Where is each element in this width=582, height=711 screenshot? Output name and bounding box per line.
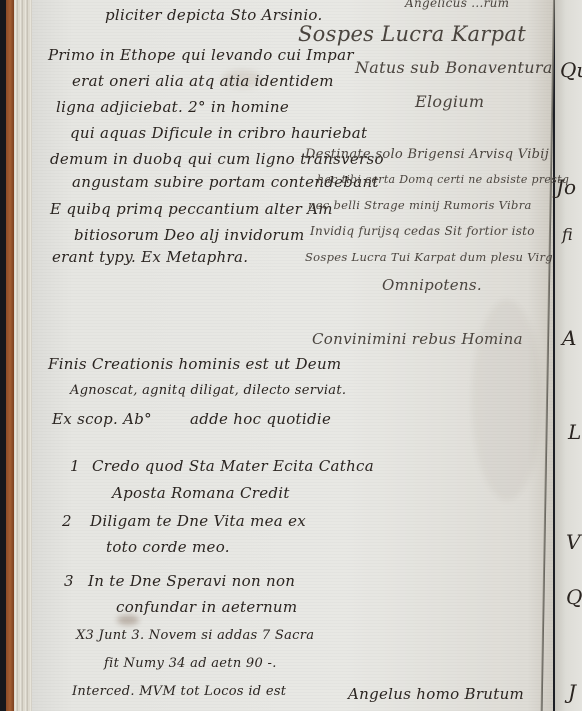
text-line: Finis Creationis hominis est ut Deum (48, 355, 341, 373)
text-line: Aposta Romana Credit (112, 484, 290, 502)
text-line: qui aquas Dificule in cribro hauriebat (70, 124, 367, 142)
ink-stain (117, 615, 139, 625)
title-line: Natus sub Bonaventura (355, 58, 553, 77)
item-number: 3 (64, 572, 74, 590)
facing-page-glyph: Jo (556, 175, 576, 199)
facing-page-glyph: Qu (560, 58, 582, 82)
poem-line: Destinate solo Brigensi Arvisq Vibij (305, 147, 549, 162)
facing-page-glyph: A (562, 326, 576, 350)
facing-page-glyph: Qu (566, 585, 582, 609)
text-line: Diligam te Dne Vita mea ex (90, 512, 306, 530)
title-line: Sospes Lucra Karpat (298, 22, 526, 46)
facing-page-glyph: L (568, 420, 581, 444)
item-number: 2 (62, 512, 72, 530)
poem-line: Invidiq furijsq cedas Sit fortior isto (310, 224, 535, 238)
text-line: In te Dne Speravi non non (88, 572, 295, 590)
title-line: Elogium (415, 92, 484, 111)
text-line: Primo in Ethope qui levando cui Impar (48, 46, 354, 64)
motto-line: Convinimini rebus Homina (312, 330, 523, 348)
poem-line: hac tibi certa Domq certi ne absiste pre… (317, 173, 569, 186)
facing-page-glyph: V (566, 530, 580, 554)
facing-page-glyph: fi (562, 225, 573, 244)
note-right: adde hoc quotidie (190, 410, 331, 428)
top-fragment: Angelicus ...rum (405, 0, 509, 10)
text-line: Agnoscat, agnitq diligat, dilecto servia… (70, 383, 346, 398)
heading-line: pliciter depicta Sto Arsinio. (105, 6, 323, 24)
text-line: toto corde meo. (106, 538, 230, 556)
text-line: Ex scop. Ab° (52, 410, 152, 428)
bottom-line: Angelus homo Brutum (348, 685, 524, 703)
text-line: Credo quod Sta Mater Ecita Cathca (92, 457, 374, 475)
text-line: fit Numy 34 ad aetn 90 -. (104, 656, 277, 671)
text-line: erant typy. Ex Metaphra. (52, 248, 248, 266)
text-line: Interced. MVM tot Locos id est (72, 684, 286, 699)
facing-page-glyph: J (568, 680, 576, 704)
text-line: ligna adjiciebat. 2° in homine (56, 98, 289, 116)
poem-line: Omnipotens. (382, 276, 482, 294)
book-binding-leather (6, 0, 14, 711)
text-line: erat oneri alia atq atia identidem (72, 72, 334, 90)
item-number: 1 (70, 457, 80, 475)
poem-line: Sospes Lucra Tui Karpat dum plesu Virg (305, 250, 553, 264)
text-line: E quibq primq peccantium alter Am (50, 200, 333, 218)
text-line: confundar in aeternum (116, 598, 297, 616)
text-line: X3 Junt 3. Novem si addas 7 Sacra (76, 628, 314, 643)
poem-line: nec belli Strage minij Rumoris Vibra (308, 198, 532, 212)
page-edges-stack (14, 0, 32, 711)
text-line: bitiosorum Deo alj invidorum (74, 226, 305, 244)
